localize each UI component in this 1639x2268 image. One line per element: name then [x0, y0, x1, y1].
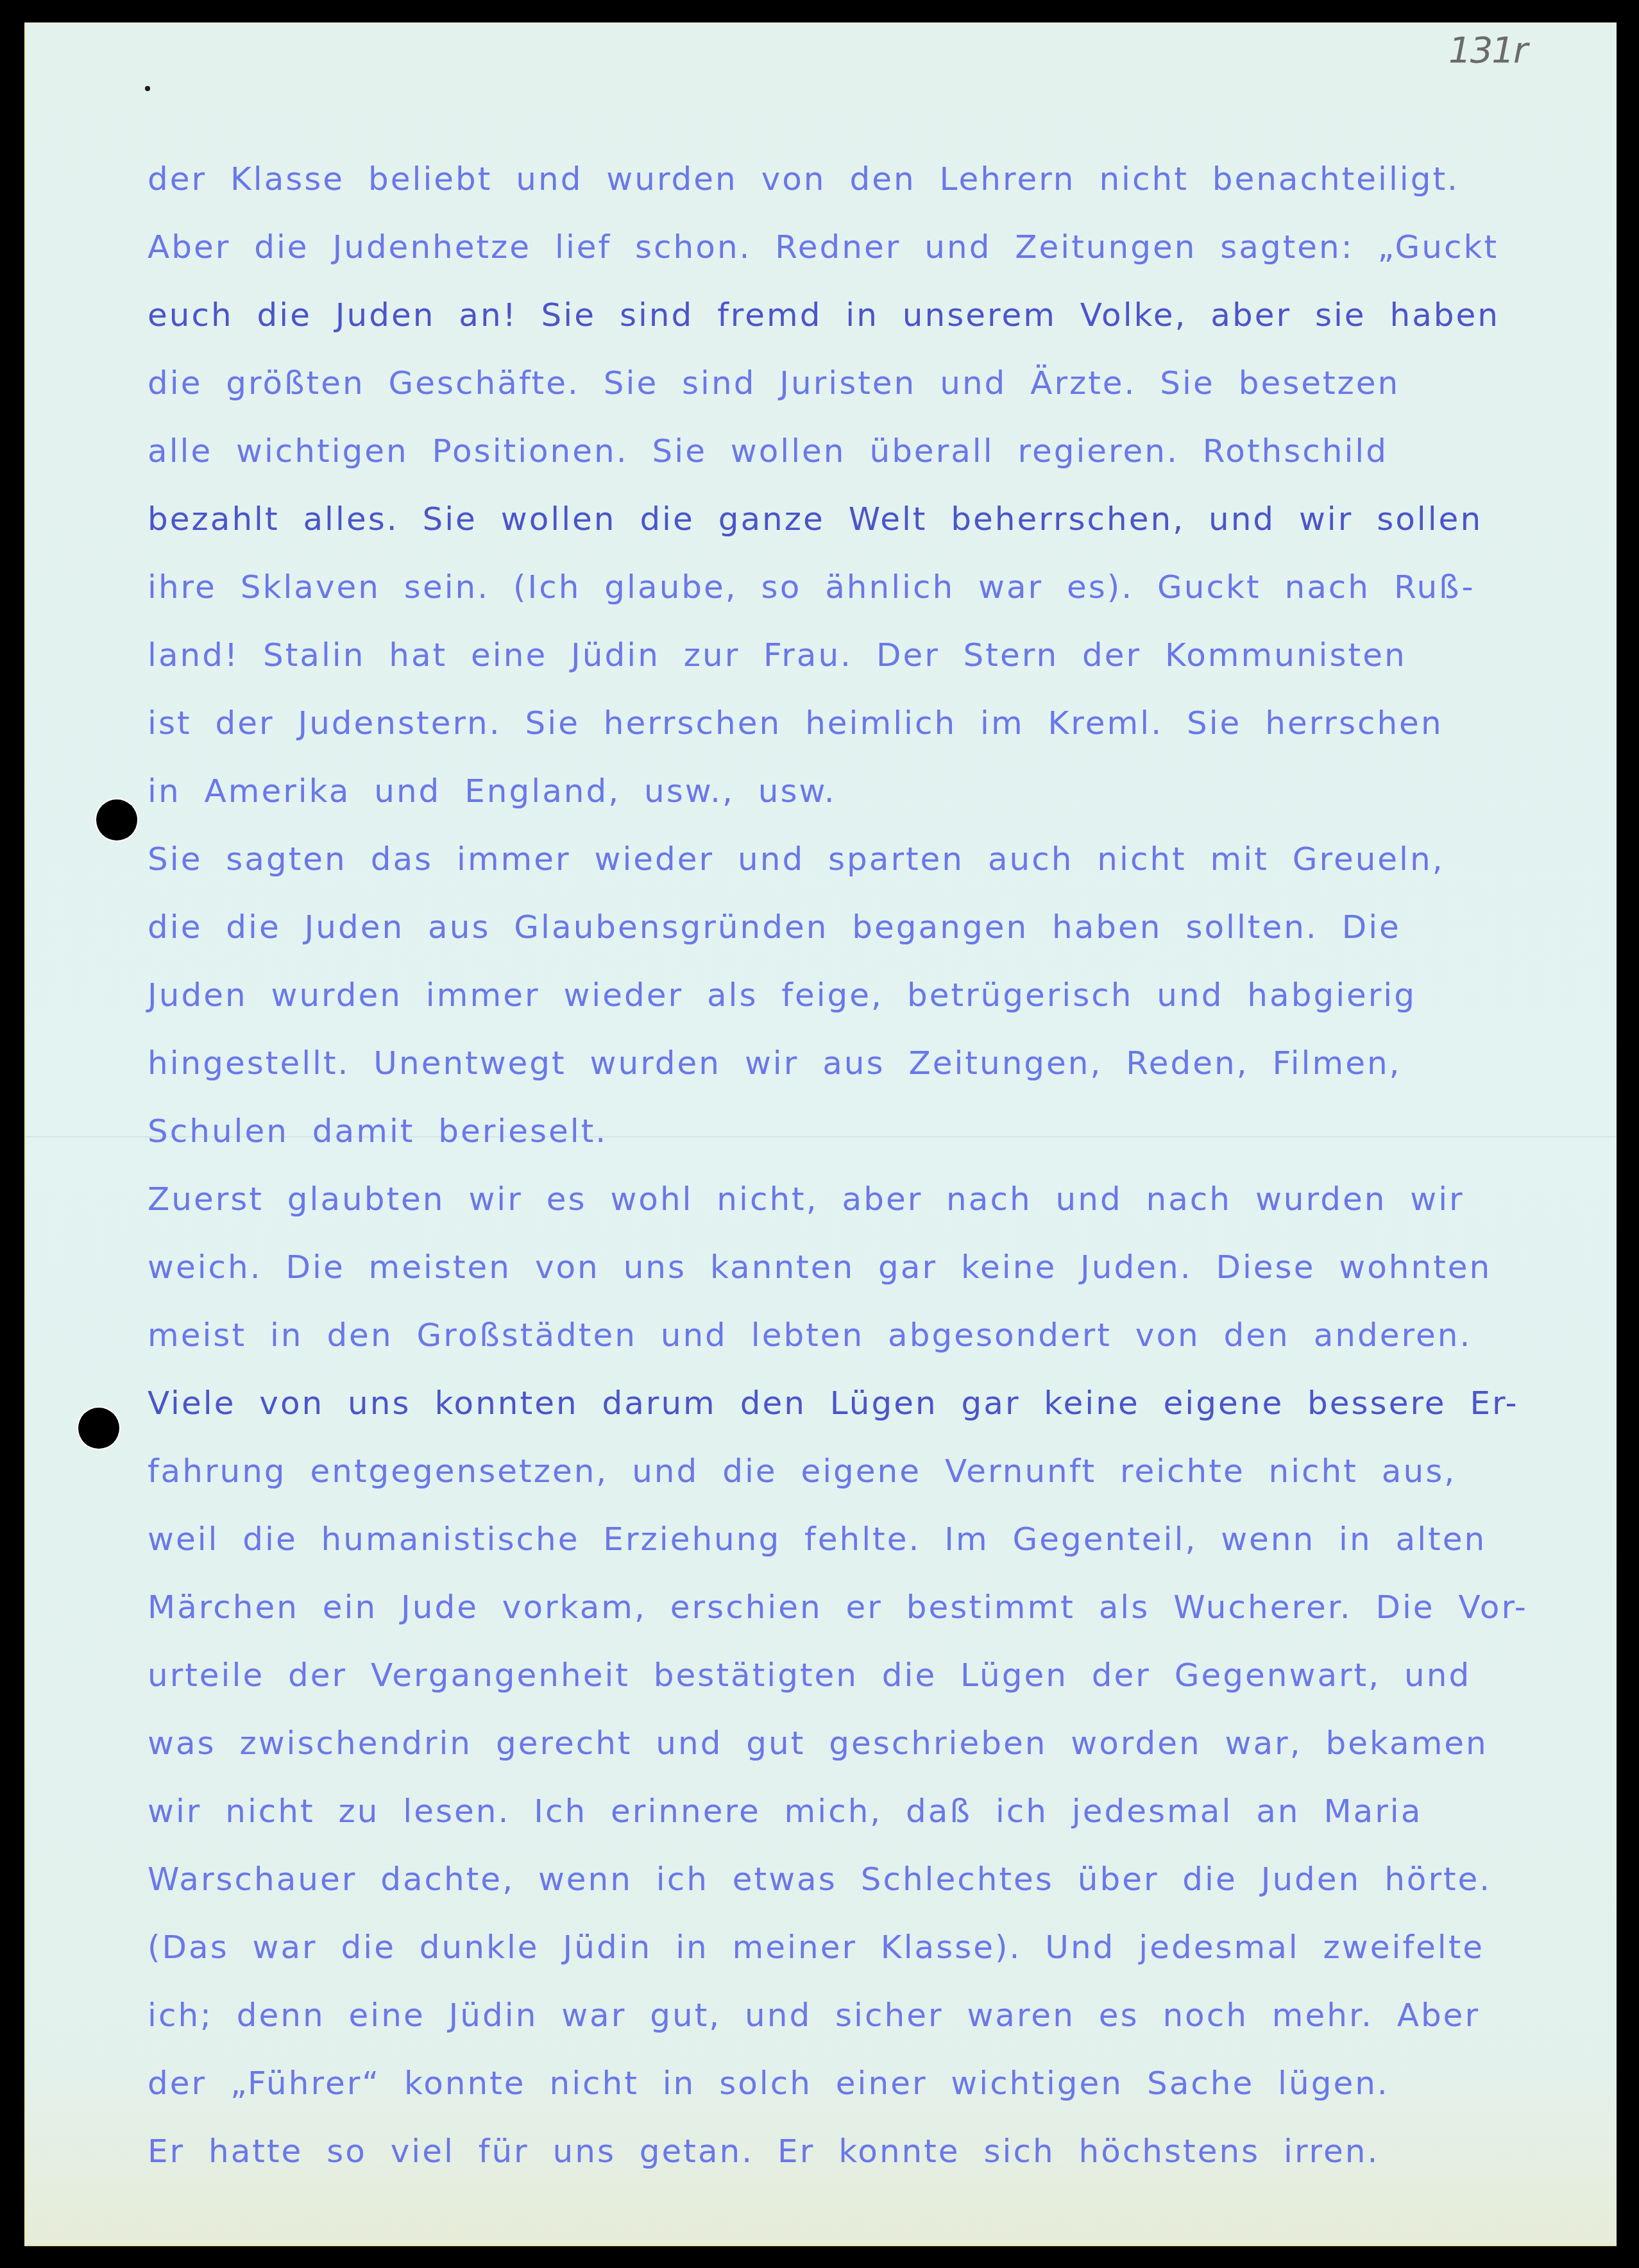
- punch-hole-top: [96, 799, 137, 840]
- text-line: was zwischendrin gerecht und gut geschri…: [148, 1709, 1629, 1777]
- text-line: Juden wurden immer wieder als feige, bet…: [148, 961, 1629, 1029]
- text-line: euch die Juden an! Sie sind fremd in uns…: [148, 281, 1629, 349]
- punch-hole-bottom: [78, 1408, 119, 1449]
- text-line: die die Juden aus Glaubensgründen begang…: [148, 893, 1629, 961]
- handwritten-text: der Klasse beliebt und wurden von den Le…: [148, 145, 1629, 2185]
- text-line: der „Führer“ konnte nicht in solch einer…: [148, 2049, 1629, 2117]
- text-line: land! Stalin hat eine Jüdin zur Frau. De…: [148, 621, 1629, 689]
- text-line: ist der Judenstern. Sie herrschen heimli…: [148, 689, 1629, 757]
- text-line: wir nicht zu lesen. Ich erinnere mich, d…: [148, 1777, 1629, 1845]
- text-line: Er hatte so viel für uns getan. Er konnt…: [148, 2117, 1629, 2185]
- text-line: der Klasse beliebt und wurden von den Le…: [148, 145, 1629, 213]
- text-line: meist in den Großstädten und lebten abge…: [148, 1301, 1629, 1369]
- text-line: fahrung entgegensetzen, und die eigene V…: [148, 1437, 1629, 1505]
- text-line: Viele von uns konnten darum den Lügen ga…: [148, 1369, 1629, 1437]
- manuscript-page: 131r der Klasse beliebt und wurden von d…: [24, 22, 1617, 2246]
- text-line: in Amerika und England, usw., usw.: [148, 757, 1629, 825]
- text-line: Märchen ein Jude vorkam, erschien er bes…: [148, 1573, 1629, 1641]
- text-line: ihre Sklaven sein. (Ich glaube, so ähnli…: [148, 553, 1629, 621]
- text-line: alle wichtigen Positionen. Sie wollen üb…: [148, 417, 1629, 485]
- text-line: hingestellt. Unentwegt wurden wir aus Ze…: [148, 1029, 1629, 1097]
- text-line: Sie sagten das immer wieder und sparten …: [148, 825, 1629, 893]
- text-line: weil die humanistische Erziehung fehlte.…: [148, 1505, 1629, 1573]
- text-line: urteile der Vergangenheit bestätigten di…: [148, 1641, 1629, 1709]
- text-line: die größten Geschäfte. Sie sind Juristen…: [148, 349, 1629, 417]
- text-line: Zuerst glaubten wir es wohl nicht, aber …: [148, 1165, 1629, 1233]
- text-line: Aber die Judenhetze lief schon. Redner u…: [148, 213, 1629, 281]
- page-number: 131r: [1448, 30, 1527, 71]
- text-line: weich. Die meisten von uns kannten gar k…: [148, 1233, 1629, 1301]
- text-line: (Das war die dunkle Jüdin in meiner Klas…: [148, 1913, 1629, 1981]
- text-line: Warschauer dachte, wenn ich etwas Schlec…: [148, 1845, 1629, 1913]
- text-line: ich; denn eine Jüdin war gut, und sicher…: [148, 1981, 1629, 2049]
- text-line: bezahlt alles. Sie wollen die ganze Welt…: [148, 485, 1629, 553]
- ink-speck: [145, 86, 150, 91]
- text-line: Schulen damit berieselt.: [148, 1097, 1629, 1165]
